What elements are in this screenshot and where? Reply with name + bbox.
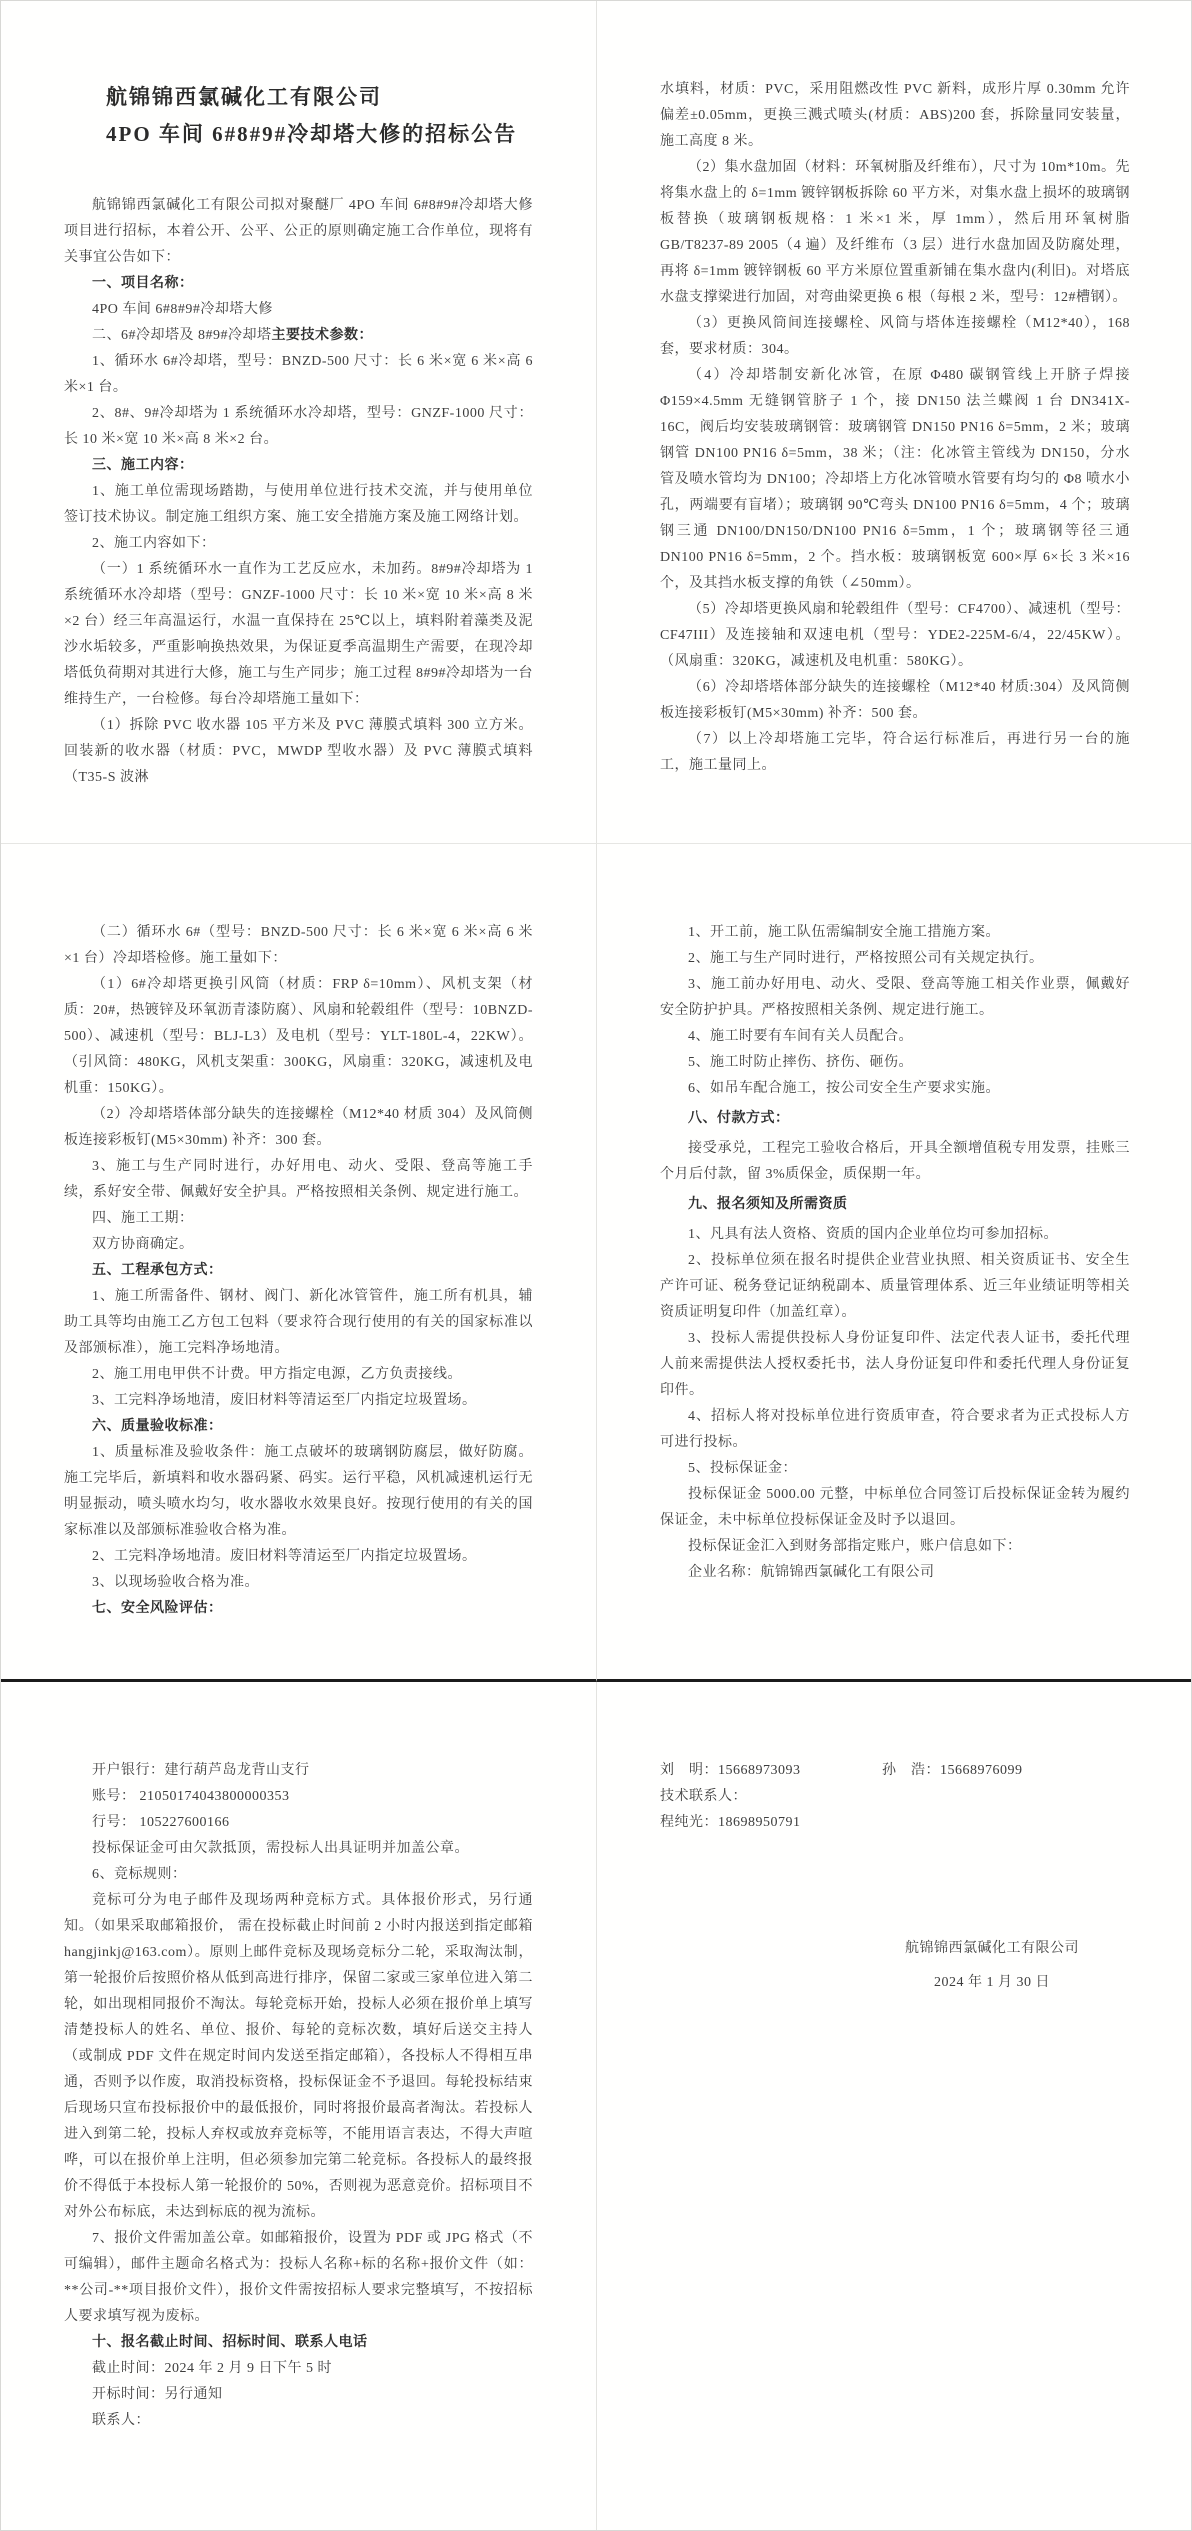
paragraph: （6）冷却塔塔体部分缺失的连接螺栓（M12*40 材质:304）及风筒侧板连接彩…: [660, 675, 1130, 727]
paragraph: 2、8#、9#冷却塔为 1 系统循环水冷却塔，型号：GNZF-1000 尺寸：长…: [64, 401, 533, 453]
paragraph: （二）循环水 6#（型号：BNZD-500 尺寸：长 6 米×宽 6 米×高 6…: [64, 920, 533, 972]
paragraph: 7、报价文件需加盖公章。如邮箱报价，设置为 PDF 或 JPG 格式（不可编辑）…: [64, 2226, 533, 2330]
doc-page-2: 水填料，材质：PVC，采用阻燃改性 PVC 新料，成形片厚 0.30mm 允许偏…: [597, 1, 1192, 844]
bank-account-line: 账号： 21050174043800000353: [64, 1784, 533, 1810]
paragraph: 6、竞标规则：: [64, 1862, 533, 1888]
paragraph: 接受承兑，工程完工验收合格后，开具全额增值税专用发票，挂账三个月后付款，留 3%…: [660, 1136, 1130, 1188]
doc-page-6: 刘 明：15668973093 孙 浩：15668976099 技术联系人： 程…: [597, 1682, 1192, 2531]
paragraph: 1、施工所需备件、钢材、阀门、新化冰管管件，施工所有机具，辅助工具等均由施工乙方…: [64, 1284, 533, 1362]
paragraph: 投标保证金汇入到财务部指定账户，账户信息如下：: [660, 1534, 1130, 1560]
paragraph: 3、工完料净场地清，废旧材料等清运至厂内指定垃圾置场。: [64, 1388, 533, 1414]
section-heading-8: 八、付款方式：: [660, 1106, 1130, 1132]
paragraph: 4、施工时要有车间有关人员配合。: [660, 1024, 1130, 1050]
contact-phones-row: 刘 明：15668973093 孙 浩：15668976099: [660, 1758, 1130, 1784]
doc-page-4: 1、开工前，施工队伍需编制安全施工措施方案。 2、施工与生产同时进行，严格按照公…: [597, 844, 1192, 1682]
paragraph: 4PO 车间 6#8#9#冷却塔大修: [64, 297, 533, 323]
paragraph: （2）冷却塔塔体部分缺失的连接螺栓（M12*40 材质 304）及风筒侧板连接彩…: [64, 1102, 533, 1154]
section-heading-6: 六、质量验收标准：: [64, 1414, 533, 1440]
paragraph: （1）6#冷却塔更换引风筒（材质：FRP δ=10mm）、风机支架（材质：20#…: [64, 972, 533, 1102]
paragraph: 1、质量标准及验收条件：施工点破坏的玻璃钢防腐层，做好防腐。施工完毕后，新填料和…: [64, 1440, 533, 1544]
paragraph: （3）更换风筒间连接螺栓、风筒与塔体连接螺栓（M12*40），168 套，要求材…: [660, 311, 1130, 363]
tech-contact-phone: 程纯光：18698950791: [660, 1810, 1130, 1836]
heading-prefix: 二、6#冷却塔及 8#9#冷却塔: [92, 328, 272, 343]
doc-page-5: 开户银行：建行葫芦岛龙背山支行 账号： 21050174043800000353…: [1, 1682, 597, 2531]
tech-contact-label: 技术联系人：: [660, 1784, 1130, 1810]
paragraph: （1）拆除 PVC 收水器 105 平方米及 PVC 薄膜式填料 300 立方米…: [64, 713, 533, 791]
section-heading-1: 一、项目名称：: [64, 271, 533, 297]
paragraph: 1、凡具有法人资格、资质的国内企业单位均可参加招标。: [660, 1222, 1130, 1248]
doc-title-line-1: 航锦锦西氯碱化工有限公司: [64, 79, 533, 116]
paragraph: （2）集水盘加固（材料：环氧树脂及纤维布），尺寸为 10m*10m。先将集水盘上…: [660, 155, 1130, 311]
paragraph: 航锦锦西氯碱化工有限公司拟对聚醚厂 4PO 车间 6#8#9#冷却塔大修项目进行…: [64, 193, 533, 271]
paragraph: 1、施工单位需现场踏勘，与使用单位进行技术交流，并与使用单位签订技术协议。制定施…: [64, 479, 533, 531]
paragraph: （一）1 系统循环水一直作为工艺反应水，未加药。8#9#冷却塔为 1 系统循环水…: [64, 557, 533, 713]
doc-page-1: 航锦锦西氯碱化工有限公司 4PO 车间 6#8#9#冷却塔大修的招标公告 航锦锦…: [1, 1, 597, 844]
signature-block: 航锦锦西氯碱化工有限公司 2024 年 1 月 30 日: [832, 1936, 1152, 1996]
contact-label-line: 联系人：: [64, 2408, 533, 2434]
paragraph: 3、施工与生产同时进行，办好用电、动火、受限、登高等施工手续，系好安全带、佩戴好…: [64, 1154, 533, 1206]
paragraph: 1、循环水 6#冷却塔，型号：BNZD-500 尺寸：长 6 米×宽 6 米×高…: [64, 349, 533, 401]
paragraph: 2、施工内容如下：: [64, 531, 533, 557]
paragraph: 2、投标单位须在报名时提供企业营业执照、相关资质证书、安全生产许可证、税务登记证…: [660, 1248, 1130, 1326]
bank-name-line: 开户银行：建行葫芦岛龙背山支行: [64, 1758, 533, 1784]
paragraph: 投标保证金 5000.00 元整，中标单位合同签订后投标保证金转为履约保证金，未…: [660, 1482, 1130, 1534]
contact-phone-liu-ming: 刘 明：15668973093: [660, 1758, 882, 1784]
paragraph: 6、如吊车配合施工，按公司安全生产要求实施。: [660, 1076, 1130, 1102]
contact-phone-sun-hao: 孙 浩：15668976099: [882, 1758, 1023, 1784]
doc-title: 航锦锦西氯碱化工有限公司 4PO 车间 6#8#9#冷却塔大修的招标公告: [64, 79, 533, 153]
paragraph: 3、施工前办好用电、动火、受限、登高等施工相关作业票，佩戴好安全防护护具。严格按…: [660, 972, 1130, 1024]
paragraph: 2、施工与生产同时进行，严格按照公司有关规定执行。: [660, 946, 1130, 972]
section-heading-2: 二、6#冷却塔及 8#9#冷却塔主要技术参数：: [64, 323, 533, 349]
doc-title-line-2: 4PO 车间 6#8#9#冷却塔大修的招标公告: [64, 116, 533, 153]
section-heading-9: 九、报名须知及所需资质: [660, 1192, 1130, 1218]
bank-number-line: 行号： 105227600166: [64, 1810, 533, 1836]
section-heading-7: 七、安全风险评估：: [64, 1596, 533, 1622]
heading-bold-part: 主要技术参数：: [272, 328, 374, 343]
paragraph: 3、以现场验收合格为准。: [64, 1570, 533, 1596]
scanned-document-grid: 航锦锦西氯碱化工有限公司 4PO 车间 6#8#9#冷却塔大修的招标公告 航锦锦…: [0, 0, 1192, 2531]
signature-company: 航锦锦西氯碱化工有限公司: [832, 1936, 1152, 1962]
paragraph: 1、开工前，施工队伍需编制安全施工措施方案。: [660, 920, 1130, 946]
paragraph: 5、投标保证金：: [660, 1456, 1130, 1482]
paragraph: 投标保证金可由欠款抵顶，需投标人出具证明并加盖公章。: [64, 1836, 533, 1862]
paragraph: 5、施工时防止摔伤、挤伤、砸伤。: [660, 1050, 1130, 1076]
paragraph: 4、招标人将对投标单位进行资质审查，符合要求者为正式投标人方可进行投标。: [660, 1404, 1130, 1456]
signature-date: 2024 年 1 月 30 日: [832, 1970, 1152, 1996]
section-heading-5: 五、工程承包方式：: [64, 1258, 533, 1284]
paragraph: （7）以上冷却塔施工完毕，符合运行标准后，再进行另一台的施工，施工量同上。: [660, 727, 1130, 779]
bid-opening-line: 开标时间：另行通知: [64, 2382, 533, 2408]
paragraph: 2、工完料净场地清。废旧材料等清运至厂内指定垃圾置场。: [64, 1544, 533, 1570]
paragraph: 双方协商确定。: [64, 1232, 533, 1258]
paragraph: 3、投标人需提供投标人身份证复印件、法定代表人证书，委托代理人前来需提供法人授权…: [660, 1326, 1130, 1404]
section-heading-3: 三、施工内容：: [64, 453, 533, 479]
paragraph: 企业名称：航锦锦西氯碱化工有限公司: [660, 1560, 1130, 1586]
section-heading-4: 四、施工工期：: [64, 1206, 533, 1232]
paragraph: 竞标可分为电子邮件及现场两种竞标方式。具体报价形式，另行通知。（如果采取邮箱报价…: [64, 1888, 533, 2226]
doc-page-3: （二）循环水 6#（型号：BNZD-500 尺寸：长 6 米×宽 6 米×高 6…: [1, 844, 597, 1682]
paragraph: （5）冷却塔更换风扇和轮毂组件（型号：CF4700）、减速机（型号：CF47II…: [660, 597, 1130, 675]
paragraph: 水填料，材质：PVC，采用阻燃改性 PVC 新料，成形片厚 0.30mm 允许偏…: [660, 77, 1130, 155]
section-heading-10: 十、报名截止时间、招标时间、联系人电话: [64, 2330, 533, 2356]
paragraph: 2、施工用电甲供不计费。甲方指定电源，乙方负责接线。: [64, 1362, 533, 1388]
deadline-line: 截止时间：2024 年 2 月 9 日下午 5 时: [64, 2356, 533, 2382]
paragraph: （4）冷却塔制安新化冰管，在原 Φ480 碳钢管线上开脐子焊接 Φ159×4.5…: [660, 363, 1130, 597]
